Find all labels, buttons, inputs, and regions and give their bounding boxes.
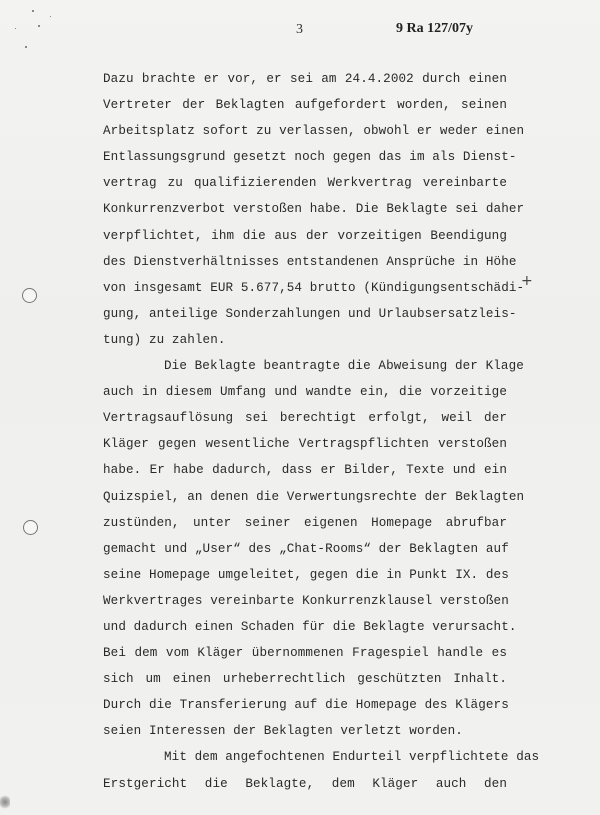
- text-line: vertrag zu qualifizierenden Werkvertrag …: [103, 170, 507, 196]
- text-line: Werkvertrages vereinbarte Konkurrenzklau…: [103, 588, 507, 614]
- text-line: Durch die Transferierung auf die Homepag…: [103, 692, 507, 718]
- text-line: seien Interessen der Beklagten verletzt …: [103, 718, 507, 744]
- scan-speck: [50, 16, 51, 17]
- text-line: des Dienstverhältnisses entstandenen Ans…: [103, 249, 507, 275]
- page-number: 3: [296, 22, 303, 38]
- case-reference: 9 Ra 127/07y: [396, 21, 473, 37]
- scan-corner-mark: [0, 795, 10, 809]
- text-line: gemacht und „User“ des „Chat-Rooms“ der …: [103, 536, 507, 562]
- text-line: und dadurch einen Schaden für die Beklag…: [103, 614, 507, 640]
- punch-hole-mark: [23, 520, 38, 535]
- margin-cross-mark: +: [521, 273, 533, 289]
- text-line: sich um einen urheberrechtlich geschützt…: [103, 666, 507, 692]
- scan-speck: [15, 28, 16, 29]
- text-line: seine Homepage umgeleitet, gegen die in …: [103, 562, 507, 588]
- text-line: Quizspiel, an denen die Verwertungsrecht…: [103, 484, 507, 510]
- text-line: Vertragsauflösung sei berechtigt erfolgt…: [103, 405, 507, 431]
- text-line: Dazu brachte er vor, er sei am 24.4.2002…: [103, 66, 507, 92]
- text-line: Erstgericht die Beklagte, dem Kläger auc…: [103, 771, 507, 797]
- text-line: Entlassungsgrund gesetzt noch gegen das …: [103, 144, 507, 170]
- scan-speck: [32, 10, 34, 12]
- text-line: verpflichtet, ihm die aus der vorzeitige…: [103, 223, 507, 249]
- text-line: Bei dem vom Kläger übernommenen Fragespi…: [103, 640, 507, 666]
- text-line: Mit dem angefochtenen Endurteil verpflic…: [103, 744, 507, 770]
- text-line: Arbeitsplatz sofort zu verlassen, obwohl…: [103, 118, 507, 144]
- text-line: Kläger gegen wesentliche Vertragspflicht…: [103, 431, 507, 457]
- text-line: gung, anteilige Sonderzahlungen und Urla…: [103, 301, 507, 327]
- document-body: Dazu brachte er vor, er sei am 24.4.2002…: [103, 66, 507, 797]
- text-line: auch in diesem Umfang und wandte ein, di…: [103, 379, 507, 405]
- scanned-page: 3 9 Ra 127/07y Dazu brachte er vor, er s…: [0, 0, 600, 815]
- text-line: tung) zu zahlen.: [103, 327, 507, 353]
- scan-speck: [38, 25, 40, 27]
- text-line: habe. Er habe dadurch, dass er Bilder, T…: [103, 457, 507, 483]
- text-line: Konkurrenzverbot verstoßen habe. Die Bek…: [103, 196, 507, 222]
- punch-hole-mark: [22, 288, 37, 303]
- scan-speck: [25, 46, 27, 48]
- text-line: Die Beklagte beantragte die Abweisung de…: [103, 353, 507, 379]
- text-line: von insgesamt EUR 5.677,54 brutto (Kündi…: [103, 275, 507, 301]
- text-line: zustünden, unter seiner eigenen Homepage…: [103, 510, 507, 536]
- text-line: Vertreter der Beklagten aufgefordert wor…: [103, 92, 507, 118]
